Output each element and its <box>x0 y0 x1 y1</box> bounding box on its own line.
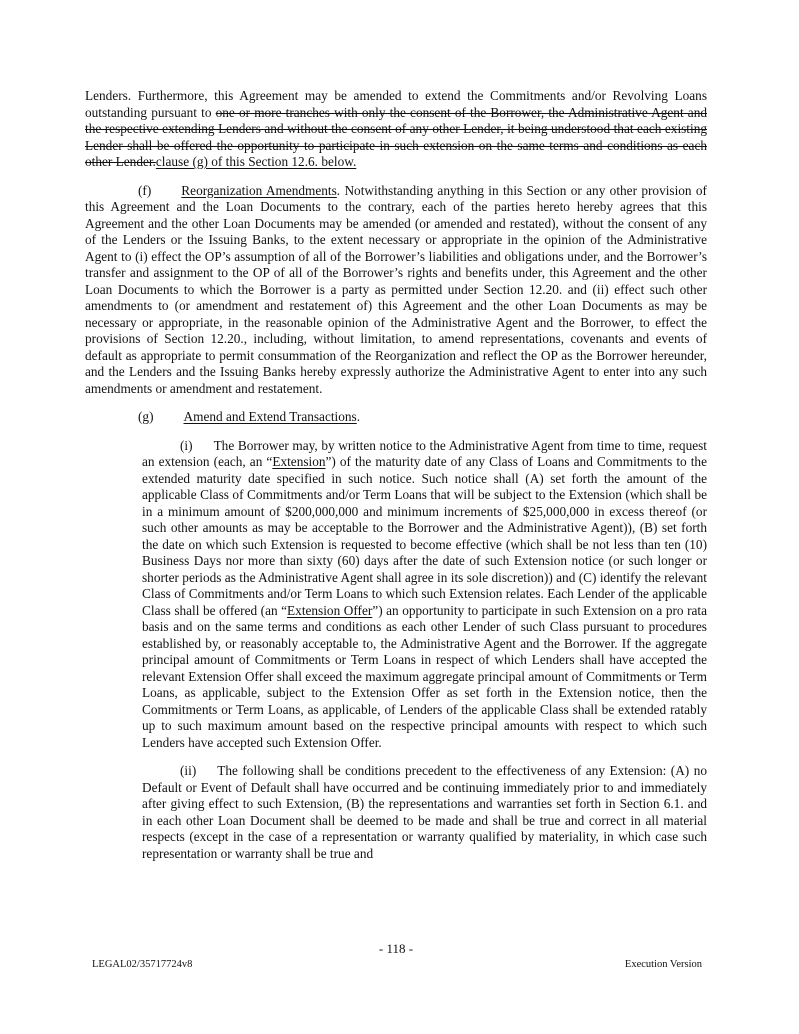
page-number: - 118 - <box>85 941 707 958</box>
text-run-underline: Reorganization Amendments <box>181 183 337 198</box>
text-run-normal: (g) <box>138 409 154 424</box>
text-run-normal: (f) <box>138 183 151 198</box>
text-run-normal: (i) <box>180 438 193 453</box>
text-run-underline: Extension <box>272 454 325 469</box>
subparagraph-g-ii: (ii)The following shall be conditions pr… <box>142 763 707 862</box>
execution-version-label: Execution Version <box>625 957 702 974</box>
text-run-normal: The following shall be conditions preced… <box>142 763 707 861</box>
text-run-normal: ”) an opportunity to participate in such… <box>142 603 707 750</box>
paragraph-lenders-continuation: Lenders. Furthermore, this Agreement may… <box>85 88 707 171</box>
text-run-underline: clause (g) of this Section 12.6. below. <box>156 154 356 169</box>
text-run-normal: ”) of the maturity date of any Class of … <box>142 454 707 618</box>
text-run-normal: (ii) <box>180 763 196 778</box>
subparagraph-g-i: (i)The Borrower may, by written notice t… <box>142 438 707 752</box>
text-run-underline: Extension Offer <box>287 603 372 618</box>
text-run-normal: . <box>357 409 360 424</box>
paragraph-f-reorganization-amendments: (f)Reorganization Amendments. Notwithsta… <box>85 183 707 398</box>
document-body: Lenders. Furthermore, this Agreement may… <box>85 88 707 874</box>
document-page: Lenders. Furthermore, this Agreement may… <box>0 0 799 1034</box>
text-run-underline: Amend and Extend Transactions <box>184 409 357 424</box>
document-id-label: LEGAL02/35717724v8 <box>92 957 192 974</box>
heading-g-amend-and-extend-transactions: (g)Amend and Extend Transactions. <box>85 409 707 426</box>
text-run-normal: . Notwithstanding anything in this Secti… <box>85 183 707 396</box>
